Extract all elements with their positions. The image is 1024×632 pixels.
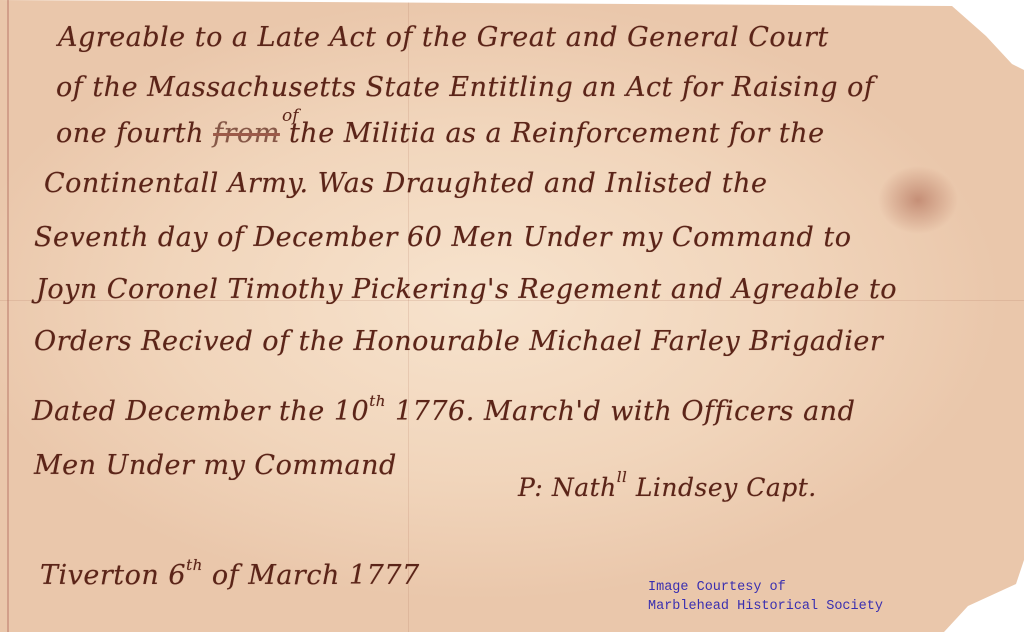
manuscript-line-4: Continentall Army. Was Draughted and Inl… [44,168,767,199]
year-march-text: 1776. March'd with Officers and [395,396,855,427]
signature-surname: Lindsey [636,473,738,502]
interlinear-insertion: of [282,106,299,126]
manuscript-line-6: Joyn Coronel Timothy Pickering's Regemen… [36,274,897,305]
closing-place: Tiverton [40,560,159,591]
signature-prefix: P: [518,473,543,502]
credit-line-2: Marblehead Historical Society [648,597,883,616]
manuscript-line-1: Agreable to a Late Act of the Great and … [58,22,829,53]
closing-month-year: of March 1777 [212,560,420,591]
closing-place-date: Tiverton 6th of March 1777 [40,556,420,591]
date-superscript: th [369,392,386,410]
manuscript-line-8: Dated December the 10th 1776. March'd wi… [32,392,855,427]
signature-superscript: ll [617,468,628,486]
credit-line-1: Image Courtesy of [648,578,883,597]
manuscript-line-2: of the Massachusetts State Entitling an … [56,72,874,103]
manuscript-line-7: Orders Recived of the Honourable Michael… [34,326,883,357]
manuscript-line-3: one fourth from the Militia as a Reinfor… [56,118,825,149]
manuscript-line-5: Seventh day of December 60 Men Under my … [34,222,852,253]
signature: P: Nathll Lindsey Capt. [518,468,817,502]
signature-first-name: Nath [552,473,617,502]
manuscript-line-9: Men Under my Command [34,450,397,481]
struck-word: from [213,118,280,149]
line-3-start: one fourth [56,118,204,149]
document-paper: Agreable to a Late Act of the Great and … [0,0,1024,632]
date-text: Dated December the 10 [32,396,369,427]
signature-title: Capt. [746,473,817,502]
closing-day: 6 [168,560,186,591]
left-margin-rule [7,0,9,632]
closing-day-superscript: th [186,556,203,574]
image-credit: Image Courtesy of Marblehead Historical … [648,578,883,616]
line-3-end: the Militia as a Reinforcement for the [289,118,825,149]
